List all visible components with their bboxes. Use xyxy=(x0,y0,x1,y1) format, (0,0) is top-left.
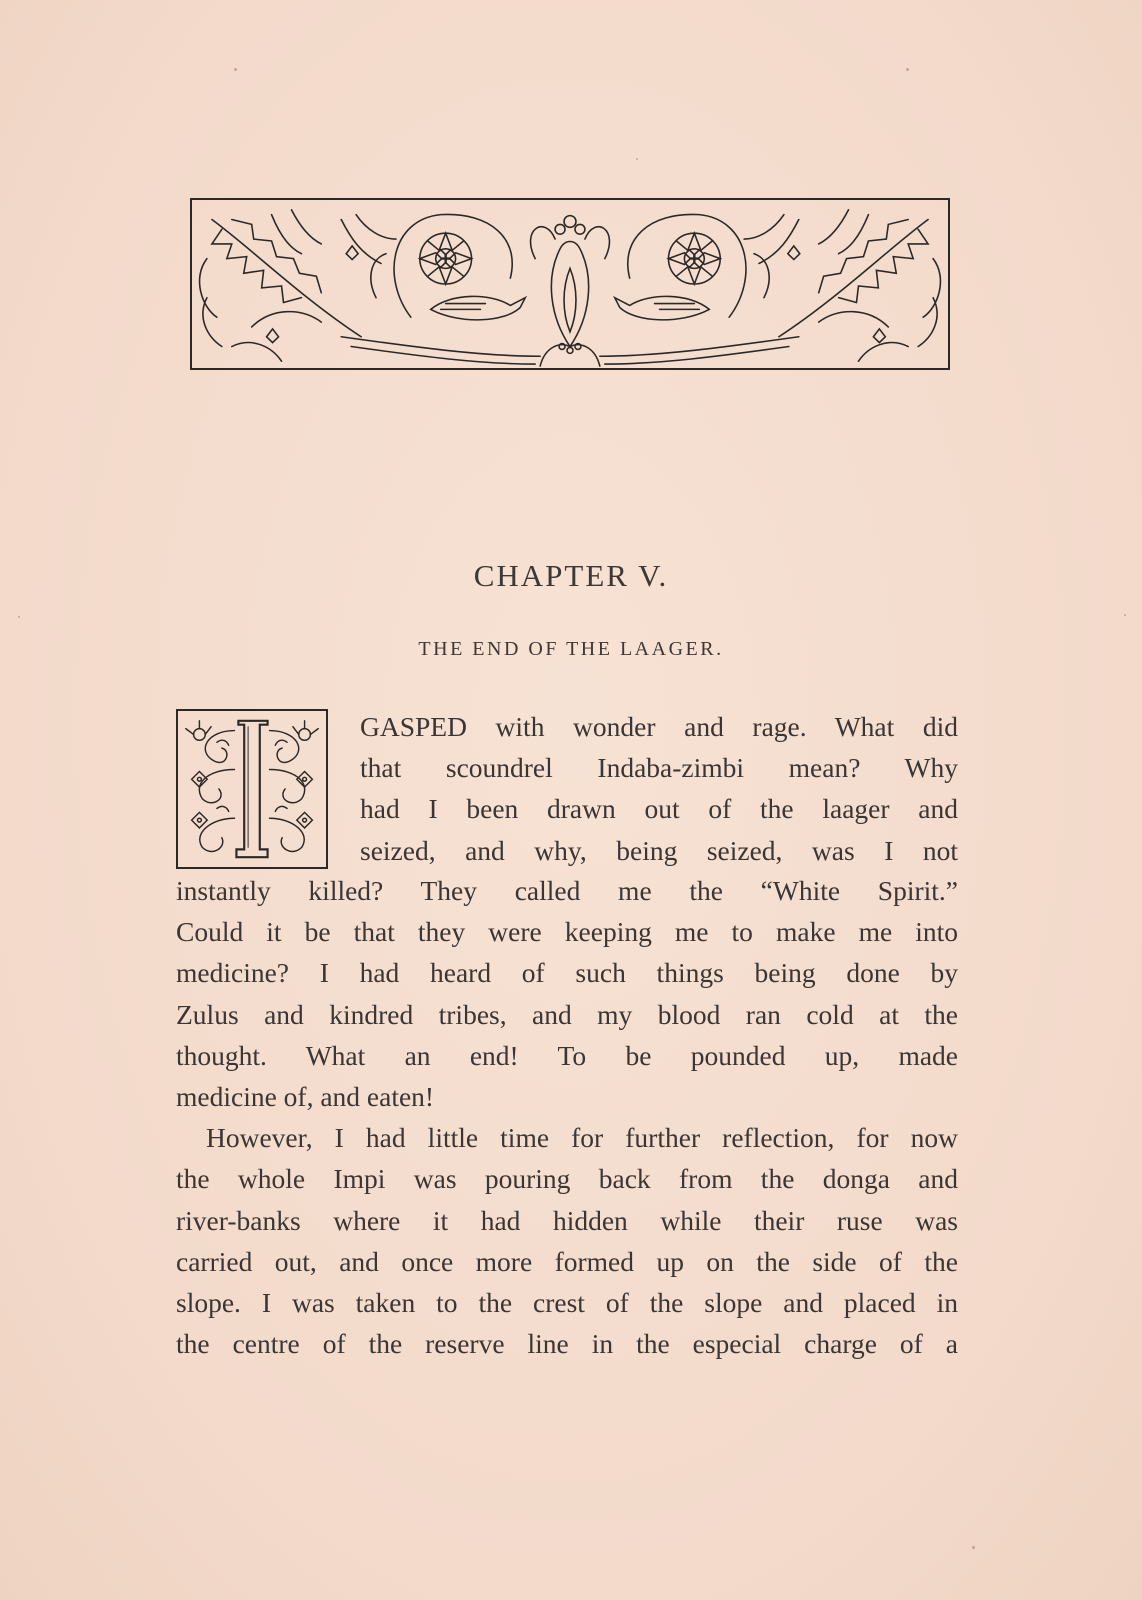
text-line: had I been drawn out of the laager and xyxy=(360,788,958,829)
text-line: that scoundrel Indaba-zimbi mean? Why xyxy=(360,747,958,788)
book-page: CHAPTER V. THE END OF THE LAAGER. xyxy=(0,0,1142,1600)
text-line: However, I had little time for further r… xyxy=(176,1117,958,1158)
text-line: medicine? I had heard of such things bei… xyxy=(176,952,958,993)
chapter-subtitle: THE END OF THE LAAGER. xyxy=(0,638,1142,661)
text-line: the centre of the reserve line in the es… xyxy=(176,1323,958,1364)
text-line: instantly killed? They called me the “Wh… xyxy=(176,870,958,911)
text-line: medicine of, and eaten! xyxy=(176,1076,958,1117)
text-line: GASPED with wonder and rage. What did xyxy=(360,706,958,747)
ornamental-dropcap xyxy=(176,709,328,869)
text-line: carried out, and once more formed up on … xyxy=(176,1241,958,1282)
body-text: instantly killed? They called me the “Wh… xyxy=(176,870,958,1364)
paper-speck xyxy=(972,1546,975,1549)
paper-speck xyxy=(1124,614,1126,616)
paper-speck xyxy=(906,68,909,71)
floral-headpiece-icon xyxy=(192,200,948,368)
text-line: the whole Impi was pouring back from the… xyxy=(176,1158,958,1199)
text-line: river-banks where it had hidden while th… xyxy=(176,1200,958,1241)
text-line: thought. What an end! To be pounded up, … xyxy=(176,1035,958,1076)
text-line: seized, and why, being seized, was I not xyxy=(360,830,958,871)
opening-lines: GASPED with wonder and rage. What did th… xyxy=(360,706,958,871)
text-line: Could it be that they were keeping me to… xyxy=(176,911,958,952)
paper-speck xyxy=(636,158,638,160)
text-line: Zulus and kindred tribes, and my blood r… xyxy=(176,994,958,1035)
paper-speck xyxy=(18,616,20,618)
chapter-title: CHAPTER V. xyxy=(0,558,1142,594)
paper-speck xyxy=(234,68,237,71)
floral-initial-i-icon xyxy=(178,711,326,867)
ornamental-headpiece xyxy=(190,198,950,370)
text-line: slope. I was taken to the crest of the s… xyxy=(176,1282,958,1323)
